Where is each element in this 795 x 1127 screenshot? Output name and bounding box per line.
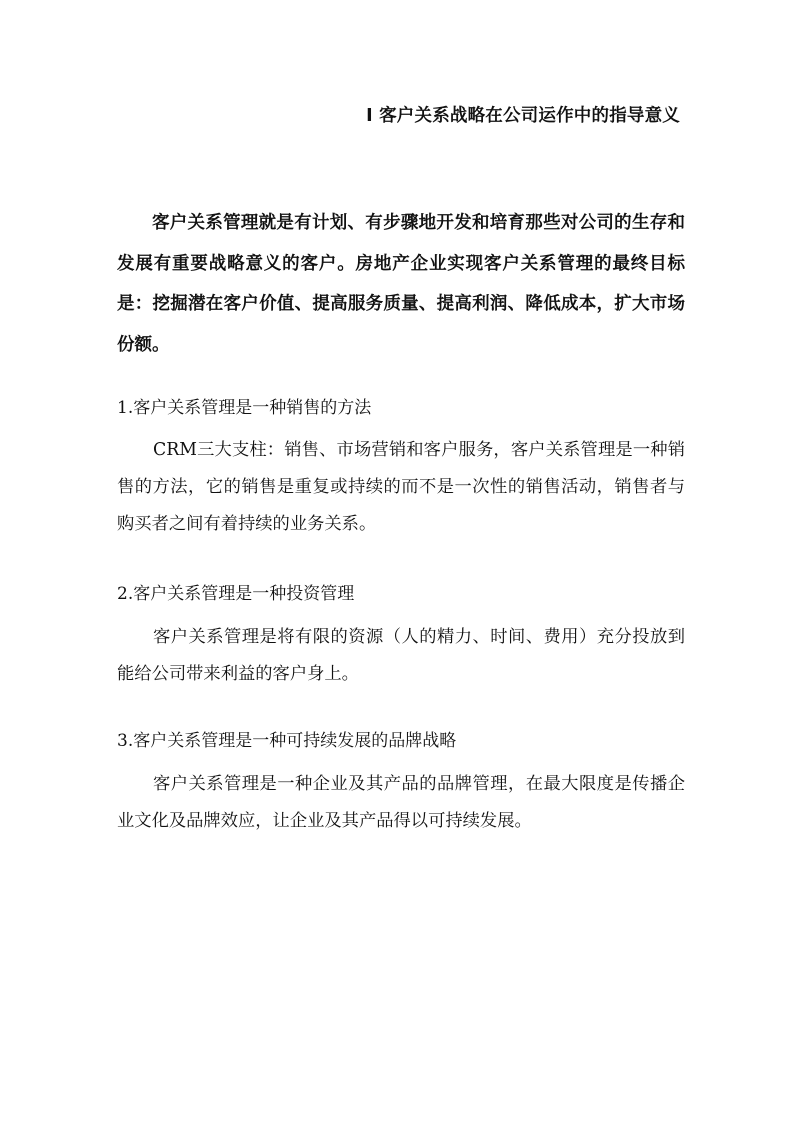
document-title: I 客户关系战略在公司运作中的指导意义: [330, 102, 680, 127]
section-1-body: CRM三大支柱：销售、市场营销和客户服务，客户关系管理是一种销售的方法，它的销售…: [117, 432, 685, 543]
section-2-body: 客户关系管理是将有限的资源（人的精力、时间、费用）充分投放到能给公司带来利益的客…: [117, 619, 685, 693]
section-3-heading: 3.客户关系管理是一种可持续发展的品牌战略: [117, 729, 685, 753]
document-page: I 客户关系战略在公司运作中的指导意义 客户关系管理就是有计划、有步骤地开发和培…: [0, 0, 795, 1127]
section-1-heading: 1.客户关系管理是一种销售的方法: [117, 396, 685, 420]
section-3-body: 客户关系管理是一种企业及其产品的品牌管理，在最大限度是传播企业文化及品牌效应，让…: [117, 766, 685, 840]
section-2-heading: 2.客户关系管理是一种投资管理: [117, 582, 685, 606]
intro-paragraph: 客户关系管理就是有计划、有步骤地开发和培育那些对公司的生存和发展有重要战略意义的…: [117, 203, 685, 365]
